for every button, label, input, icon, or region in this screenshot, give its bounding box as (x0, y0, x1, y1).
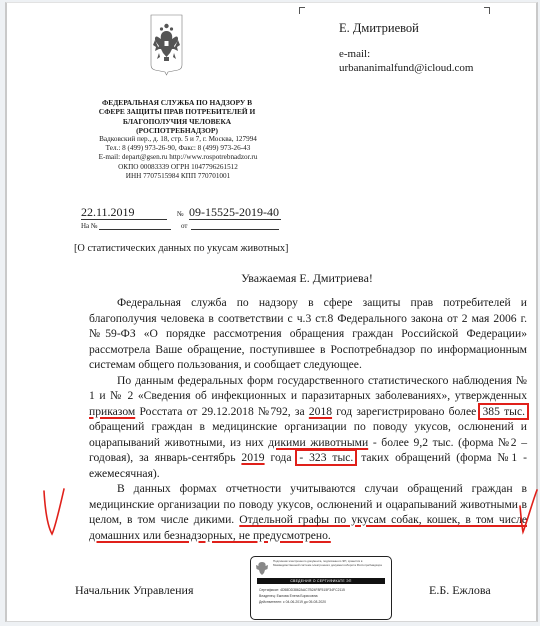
recipient-name: Е. Дмитриевой (339, 21, 419, 36)
russian-coat-of-arms-icon (150, 13, 183, 76)
agency-phone: Тел.: 8 (499) 973-26-90, Факс: 8 (499) 9… (75, 144, 281, 153)
underlined-order: приказом (89, 405, 135, 418)
registration-number: 09-15525-2019-40 (189, 206, 281, 220)
paragraph-3: В данных формах отчетности учитываются с… (89, 481, 527, 543)
agency-name: ФЕДЕРАЛЬНАЯ СЛУЖБА ПО НАДЗОРУ В СФЕРЕ ЗА… (77, 98, 277, 135)
reference-number-blank (99, 229, 171, 230)
recipient-email-label: e-mail: (339, 48, 370, 60)
reference-date-blank (191, 229, 279, 230)
stamp-notice: Подлинник электронного документа, подпис… (273, 560, 387, 567)
letter-body: Федеральная служба по надзору в сфере за… (89, 295, 527, 543)
highlighted-count-2019: - 323 тыс. (297, 451, 355, 464)
e-signature-stamp: Подлинник электронного документа, подпис… (250, 556, 392, 620)
agency-address: Вадковский пер., д. 18, стр. 5 и 7, г. М… (75, 135, 281, 144)
greeting: Уважаемая Е. Дмитриева! (87, 271, 527, 286)
left-checkmark-icon (44, 489, 64, 534)
recipient-email: urbananimalfund@icloud.com (339, 62, 473, 74)
stamp-validity: Действителен: с 04-06-2019 до 05-08-2020 (259, 599, 387, 605)
highlighted-count-2018: 385 тыс. (480, 405, 527, 418)
agency-contact-info: Вадковский пер., д. 18, стр. 5 и 7, г. М… (75, 135, 281, 181)
agency-email-web: E-mail: depart@gsen.ru http://www.rospot… (75, 153, 281, 162)
signatory-title: Начальник Управления (75, 583, 194, 598)
address-bracket-right (484, 7, 490, 14)
underlined-year-2019: 2019 (241, 451, 264, 464)
agency-okpo-ogrn: ОКПО 00083339 ОГРН 1047796261512 (75, 163, 281, 172)
underlined-year-2018: 2018 (309, 405, 332, 418)
reference-number-label: На № (81, 222, 98, 230)
underlined-wild-animals: дикими животными (268, 436, 368, 449)
registration-number-sign: № (177, 210, 184, 218)
paragraph-2: По данным федеральных форм государственн… (89, 373, 527, 482)
letter-subject: [О статистических данных по укусам живот… (74, 243, 289, 254)
agency-inn-kpp: ИНН 7707515984 КПП 770701001 (75, 172, 281, 181)
registration-date: 22.11.2019 (81, 206, 167, 220)
signatory-name: Е.Б. Ежлова (429, 583, 491, 598)
stamp-details: Сертификат: 4D58DD3862AAC7B24F8F515F34FC… (259, 587, 387, 605)
address-bracket-left (299, 7, 305, 14)
letter-page: ФЕДЕРАЛЬНАЯ СЛУЖБА ПО НАДЗОРУ В СФЕРЕ ЗА… (5, 2, 538, 622)
reference-date-label: от (181, 222, 187, 230)
stamp-emblem-icon (255, 560, 269, 576)
paragraph-1: Федеральная служба по надзору в сфере за… (89, 295, 527, 373)
stamp-header: СВЕДЕНИЯ О СЕРТИФИКАТЕ ЭП (257, 578, 385, 584)
